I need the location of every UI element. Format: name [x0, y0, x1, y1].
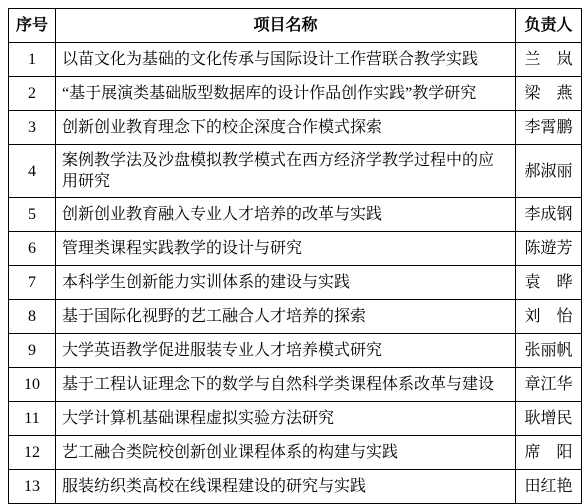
table-body: 1以苗文化为基础的文化传承与国际设计工作营联合教学实践兰 岚2“基于展演类基础版…: [9, 43, 582, 504]
table-row: 6管理类课程实践教学的设计与研究陈遊芳: [9, 232, 582, 266]
index-cell: 13: [9, 470, 56, 504]
table-row: 7本科学生创新能力实训体系的建设与实践袁 晔: [9, 266, 582, 300]
index-cell: 5: [9, 198, 56, 232]
index-cell: 4: [9, 145, 56, 198]
leader-cell: 刘 怡: [516, 300, 582, 334]
project-name-cell: 创新创业教育理念下的校企深度合作模式探索: [56, 111, 516, 145]
table-row: 12艺工融合类院校创新创业课程体系的构建与实践席 阳: [9, 436, 582, 470]
index-cell: 7: [9, 266, 56, 300]
index-cell: 8: [9, 300, 56, 334]
table-row: 8基于国际化视野的艺工融合人才培养的探索刘 怡: [9, 300, 582, 334]
table-row: 10基于工程认证理念下的数学与自然科学类课程体系改革与建设章江华: [9, 368, 582, 402]
table-row: 2“基于展演类基础版型数据库的设计作品创作实践”教学研究梁 燕: [9, 77, 582, 111]
project-name-cell: 创新创业教育融入专业人才培养的改革与实践: [56, 198, 516, 232]
index-cell: 1: [9, 43, 56, 77]
index-cell: 12: [9, 436, 56, 470]
projects-table: 序号 项目名称 负责人 1以苗文化为基础的文化传承与国际设计工作营联合教学实践兰…: [8, 8, 582, 504]
leader-cell: 兰 岚: [516, 43, 582, 77]
leader-cell: 张丽帆: [516, 334, 582, 368]
leader-cell: 郝淑丽: [516, 145, 582, 198]
index-cell: 2: [9, 77, 56, 111]
table-row: 5创新创业教育融入专业人才培养的改革与实践李成钢: [9, 198, 582, 232]
index-cell: 9: [9, 334, 56, 368]
leader-cell: 梁 燕: [516, 77, 582, 111]
table-header: 序号 项目名称 负责人: [9, 9, 582, 43]
table-row: 13服装纺织类高校在线课程建设的研究与实践田红艳: [9, 470, 582, 504]
index-cell: 3: [9, 111, 56, 145]
project-name-cell: 本科学生创新能力实训体系的建设与实践: [56, 266, 516, 300]
header-index: 序号: [9, 9, 56, 43]
index-cell: 11: [9, 402, 56, 436]
leader-cell: 陈遊芳: [516, 232, 582, 266]
leader-cell: 耿增民: [516, 402, 582, 436]
table-row: 9大学英语教学促进服装专业人才培养模式研究张丽帆: [9, 334, 582, 368]
project-name-cell: 大学计算机基础课程虚拟实验方法研究: [56, 402, 516, 436]
header-project-name: 项目名称: [56, 9, 516, 43]
leader-cell: 李霄鹏: [516, 111, 582, 145]
table-row: 11大学计算机基础课程虚拟实验方法研究耿增民: [9, 402, 582, 436]
project-name-cell: 以苗文化为基础的文化传承与国际设计工作营联合教学实践: [56, 43, 516, 77]
project-name-cell: 基于工程认证理念下的数学与自然科学类课程体系改革与建设: [56, 368, 516, 402]
project-name-cell: 管理类课程实践教学的设计与研究: [56, 232, 516, 266]
project-name-cell: 艺工融合类院校创新创业课程体系的构建与实践: [56, 436, 516, 470]
index-cell: 10: [9, 368, 56, 402]
header-leader: 负责人: [516, 9, 582, 43]
project-name-cell: 基于国际化视野的艺工融合人才培养的探索: [56, 300, 516, 334]
project-name-cell: 服装纺织类高校在线课程建设的研究与实践: [56, 470, 516, 504]
table-row: 3创新创业教育理念下的校企深度合作模式探索李霄鹏: [9, 111, 582, 145]
leader-cell: 席 阳: [516, 436, 582, 470]
header-row: 序号 项目名称 负责人: [9, 9, 582, 43]
leader-cell: 章江华: [516, 368, 582, 402]
table-row: 1以苗文化为基础的文化传承与国际设计工作营联合教学实践兰 岚: [9, 43, 582, 77]
index-cell: 6: [9, 232, 56, 266]
leader-cell: 袁 晔: [516, 266, 582, 300]
leader-cell: 田红艳: [516, 470, 582, 504]
table-row: 4案例教学法及沙盘模拟教学模式在西方经济学教学过程中的应用研究郝淑丽: [9, 145, 582, 198]
project-name-cell: “基于展演类基础版型数据库的设计作品创作实践”教学研究: [56, 77, 516, 111]
project-name-cell: 案例教学法及沙盘模拟教学模式在西方经济学教学过程中的应用研究: [56, 145, 516, 198]
project-name-cell: 大学英语教学促进服装专业人才培养模式研究: [56, 334, 516, 368]
leader-cell: 李成钢: [516, 198, 582, 232]
